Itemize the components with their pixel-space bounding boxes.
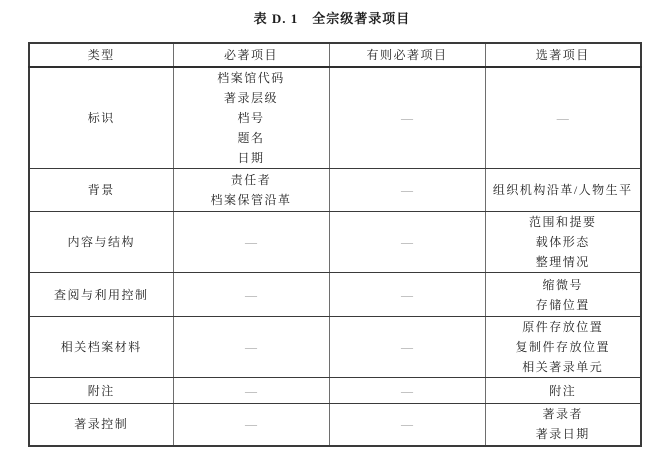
empty-cell-dash: — xyxy=(401,183,413,197)
empty-cell-dash: — xyxy=(401,340,413,354)
empty-cell-dash: — xyxy=(401,288,413,302)
table-row: 相关档案材料——原件存放位置复制件存放位置相关著录单元 xyxy=(29,317,641,378)
cell-text-line: 载体形态 xyxy=(486,232,641,252)
cell-text-line: 存储位置 xyxy=(486,295,641,315)
cell-required: — xyxy=(173,273,329,317)
cell-optional: 组织机构沿革/人物生平 xyxy=(485,169,641,212)
cell-text-line: 著录日期 xyxy=(486,424,641,444)
cell-text-line: 范围和提要 xyxy=(486,212,641,232)
cell-conditional: — xyxy=(329,404,485,446)
cell-text: 著录控制 xyxy=(74,417,128,431)
cell-conditional: — xyxy=(329,67,485,169)
empty-cell-dash: — xyxy=(401,235,413,249)
empty-cell-dash: — xyxy=(245,235,257,249)
cell-text-line: 日期 xyxy=(174,148,329,168)
cell-conditional: — xyxy=(329,317,485,378)
cell-text-line: 档案馆代码 xyxy=(174,68,329,88)
cell-text: 相关档案材料 xyxy=(61,340,142,354)
cell-optional: 附注 xyxy=(485,378,641,404)
empty-cell-dash: — xyxy=(401,417,413,431)
table-row: 背景责任者档案保管沿革—组织机构沿革/人物生平 xyxy=(29,169,641,212)
header-row: 类型 必著项目 有则必著项目 选著项目 xyxy=(29,43,641,67)
table-title: 表 D. 1 全宗级著录项目 xyxy=(0,8,664,27)
cell-type: 查阅与利用控制 xyxy=(29,273,173,317)
cell-required: — xyxy=(173,212,329,273)
cell-required: — xyxy=(173,404,329,446)
empty-cell-dash: — xyxy=(245,340,257,354)
cell-text-line: 附注 xyxy=(486,381,641,401)
table-header: 类型 必著项目 有则必著项目 选著项目 xyxy=(29,43,641,67)
cell-text-line: 原件存放位置 xyxy=(486,317,641,337)
table-row: 标识档案馆代码著录层级档号题名日期—— xyxy=(29,67,641,169)
table-body: 标识档案馆代码著录层级档号题名日期——背景责任者档案保管沿革—组织机构沿革/人物… xyxy=(29,67,641,446)
cell-type: 标识 xyxy=(29,67,173,169)
cell-text-line: 著录者 xyxy=(486,404,641,424)
empty-cell-dash: — xyxy=(245,288,257,302)
table-row: 附注——附注 xyxy=(29,378,641,404)
cell-text-line: 档案保管沿革 xyxy=(174,190,329,210)
header-optional: 选著项目 xyxy=(485,43,641,67)
cell-text: 背景 xyxy=(88,183,115,197)
cell-text: 内容与结构 xyxy=(67,235,135,249)
cell-optional: 著录者著录日期 xyxy=(485,404,641,446)
cell-text: 查阅与利用控制 xyxy=(54,288,149,302)
cell-conditional: — xyxy=(329,212,485,273)
table-row: 内容与结构——范围和提要载体形态整理情况 xyxy=(29,212,641,273)
empty-cell-dash: — xyxy=(557,111,569,125)
cell-text: 标识 xyxy=(88,111,115,125)
cell-conditional: — xyxy=(329,378,485,404)
cell-text: 附注 xyxy=(88,384,115,398)
cell-text-line: 复制件存放位置 xyxy=(486,337,641,357)
header-conditional: 有则必著项目 xyxy=(329,43,485,67)
cell-type: 附注 xyxy=(29,378,173,404)
cell-type: 著录控制 xyxy=(29,404,173,446)
description-items-table: 类型 必著项目 有则必著项目 选著项目 标识档案馆代码著录层级档号题名日期——背… xyxy=(28,42,642,447)
cell-text-line: 组织机构沿革/人物生平 xyxy=(486,180,641,200)
empty-cell-dash: — xyxy=(401,384,413,398)
cell-optional: 原件存放位置复制件存放位置相关著录单元 xyxy=(485,317,641,378)
cell-text-line: 题名 xyxy=(174,128,329,148)
cell-required: 档案馆代码著录层级档号题名日期 xyxy=(173,67,329,169)
header-type: 类型 xyxy=(29,43,173,67)
table-row: 著录控制——著录者著录日期 xyxy=(29,404,641,446)
header-required: 必著项目 xyxy=(173,43,329,67)
cell-required: — xyxy=(173,378,329,404)
cell-required: — xyxy=(173,317,329,378)
cell-optional: 范围和提要载体形态整理情况 xyxy=(485,212,641,273)
cell-conditional: — xyxy=(329,169,485,212)
cell-optional: — xyxy=(485,67,641,169)
empty-cell-dash: — xyxy=(401,111,413,125)
cell-text-line: 相关著录单元 xyxy=(486,357,641,377)
cell-text-line: 著录层级 xyxy=(174,88,329,108)
cell-required: 责任者档案保管沿革 xyxy=(173,169,329,212)
cell-conditional: — xyxy=(329,273,485,317)
cell-type: 相关档案材料 xyxy=(29,317,173,378)
cell-text-line: 整理情况 xyxy=(486,252,641,272)
cell-type: 内容与结构 xyxy=(29,212,173,273)
document-page: 表 D. 1 全宗级著录项目 类型 必著项目 有则必著项目 选著项目 标识档案馆… xyxy=(0,0,664,470)
cell-text-line: 档号 xyxy=(174,108,329,128)
cell-type: 背景 xyxy=(29,169,173,212)
cell-text-line: 缩微号 xyxy=(486,275,641,295)
cell-optional: 缩微号存储位置 xyxy=(485,273,641,317)
cell-text-line: 责任者 xyxy=(174,170,329,190)
empty-cell-dash: — xyxy=(245,417,257,431)
empty-cell-dash: — xyxy=(245,384,257,398)
table-row: 查阅与利用控制——缩微号存储位置 xyxy=(29,273,641,317)
